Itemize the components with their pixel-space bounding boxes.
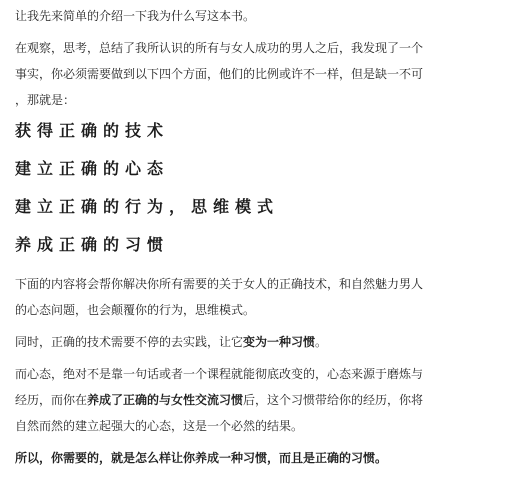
text-line: 下面的内容将会帮你解决你所有需要的关于女人的正确技术，和自然魅力男人 xyxy=(15,271,449,297)
bold-text-run: 变为一种习惯 xyxy=(243,335,315,349)
heading: 获得正确的技术 xyxy=(15,119,449,145)
text-run: 后，这个习惯带给你的经历，你将 xyxy=(243,393,423,407)
text-line: 养成正确的习惯 xyxy=(15,233,449,259)
text-run: 自然而然的建立起强大的心态，这是一个必然的结果。 xyxy=(15,419,303,433)
heading: 建立正确的行为，思维模式 xyxy=(15,195,449,221)
text-line: 建立正确的心态 xyxy=(15,157,449,183)
text-run: 。 xyxy=(315,335,327,349)
text-run: 经历，而你在 xyxy=(15,393,87,407)
paragraph: 而心态，绝对不是靠一句话或者一个课程就能彻底改变的，心态来源于磨炼与经历，而你在… xyxy=(15,361,449,439)
text-line: 经历，而你在养成了正确的与女性交流习惯后，这个习惯带给你的经历，你将 xyxy=(15,387,449,413)
text-line: 同时，正确的技术需要不停的去实践，让它变为一种习惯。 xyxy=(15,329,449,355)
text-run: 下面的内容将会帮你解决你所有需要的关于女人的正确技术，和自然魅力男人 xyxy=(15,277,423,291)
document-page: 让我先来简单的介绍一下我为什么写这本书。在观察，思考，总结了我所认识的所有与女人… xyxy=(0,0,509,490)
heading: 建立正确的心态 xyxy=(15,157,449,183)
text-line: 让我先来简单的介绍一下我为什么写这本书。 xyxy=(15,3,449,29)
text-line: 而心态，绝对不是靠一句话或者一个课程就能彻底改变的，心态来源于磨炼与 xyxy=(15,361,449,387)
text-run: 而心态，绝对不是靠一句话或者一个课程就能彻底改变的，心态来源于磨炼与 xyxy=(15,367,423,381)
bold-text-run: 建立正确的心态 xyxy=(15,161,169,178)
text-run: 在观察，思考，总结了我所认识的所有与女人成功的男人之后，我发现了一个 xyxy=(15,41,423,55)
paragraph: 在观察，思考，总结了我所认识的所有与女人成功的男人之后，我发现了一个事实，你必须… xyxy=(15,35,449,113)
heading: 养成正确的习惯 xyxy=(15,233,449,259)
text-line: 获得正确的技术 xyxy=(15,119,449,145)
paragraph: 让我先来简单的介绍一下我为什么写这本书。 xyxy=(15,3,449,29)
text-line: 在观察，思考，总结了我所认识的所有与女人成功的男人之后，我发现了一个 xyxy=(15,35,449,61)
bold-text-run: 所以，你需要的，就是怎么样让你养成一种习惯，而且是正确的习惯。 xyxy=(15,451,387,465)
text-line: 建立正确的行为，思维模式 xyxy=(15,195,449,221)
text-run: 的心态问题，也会颠覆你的行为，思维模式。 xyxy=(15,303,255,317)
paragraph: 所以，你需要的，就是怎么样让你养成一种习惯，而且是正确的习惯。 xyxy=(15,445,449,471)
bold-text-run: 养成了正确的与女性交流习惯 xyxy=(87,393,243,407)
document-body: 让我先来简单的介绍一下我为什么写这本书。在观察，思考，总结了我所认识的所有与女人… xyxy=(15,3,449,471)
text-run: 事实，你必须需要做到以下四个方面，他们的比例或许不一样，但是缺一不可 xyxy=(15,67,423,81)
text-line: 自然而然的建立起强大的心态，这是一个必然的结果。 xyxy=(15,413,449,439)
paragraph: 下面的内容将会帮你解决你所有需要的关于女人的正确技术，和自然魅力男人的心态问题，… xyxy=(15,271,449,323)
text-run: 让我先来简单的介绍一下我为什么写这本书。 xyxy=(15,9,255,23)
text-line: 的心态问题，也会颠覆你的行为，思维模式。 xyxy=(15,297,449,323)
text-line: ，那就是： xyxy=(15,87,449,113)
bold-text-run: 获得正确的技术 xyxy=(15,123,169,140)
text-line: 事实，你必须需要做到以下四个方面，他们的比例或许不一样，但是缺一不可 xyxy=(15,61,449,87)
text-run: 同时，正确的技术需要不停的去实践，让它 xyxy=(15,335,243,349)
bold-text-run: 养成正确的习惯 xyxy=(15,237,169,254)
bold-text-run: 建立正确的行为，思维模式 xyxy=(15,199,279,216)
paragraph: 同时，正确的技术需要不停的去实践，让它变为一种习惯。 xyxy=(15,329,449,355)
text-line: 所以，你需要的，就是怎么样让你养成一种习惯，而且是正确的习惯。 xyxy=(15,445,449,471)
text-run: ，那就是： xyxy=(15,93,75,107)
